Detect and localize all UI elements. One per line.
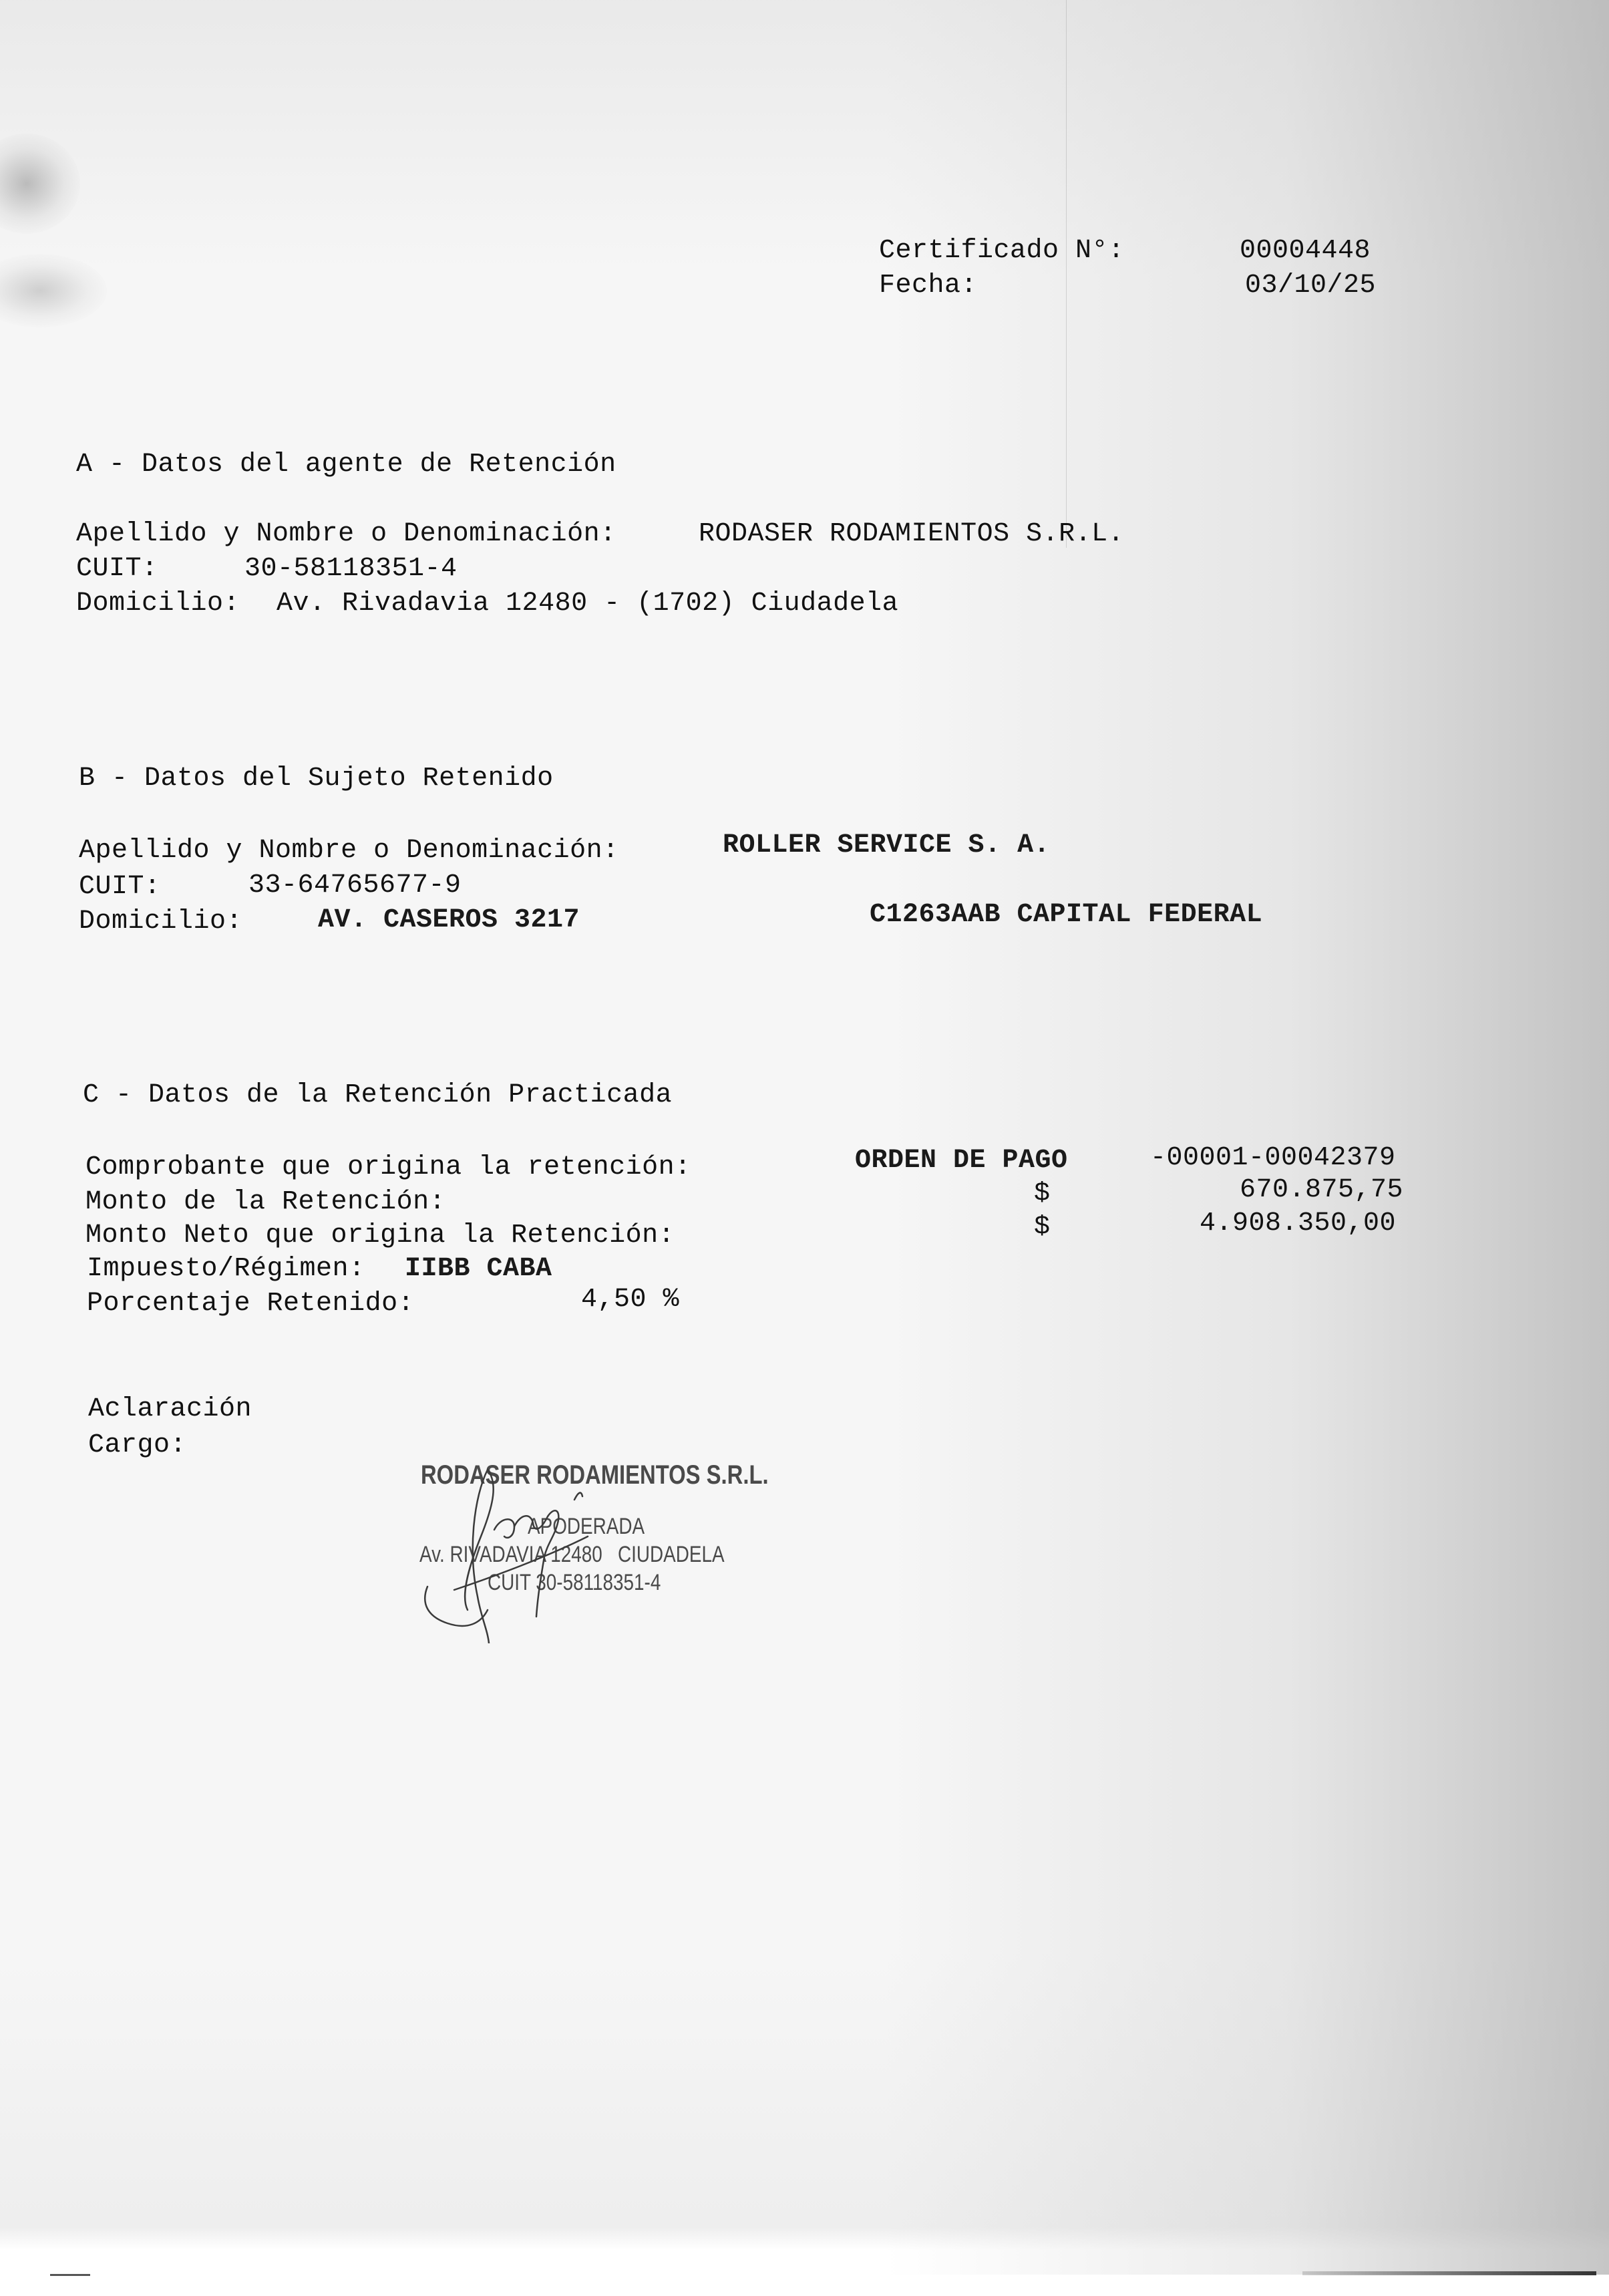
porcentaje-label: Porcentaje Retenido: [87, 1288, 414, 1320]
fold-line [1066, 0, 1067, 548]
scan-edge-mark [50, 2274, 90, 2276]
section-c-title: C - Datos de la Retención Practicada [83, 1080, 672, 1112]
agente-nombre-value: RODASER RODAMIENTOS S.R.L. [699, 518, 1124, 550]
impuesto-label: Impuesto/Régimen: [87, 1253, 365, 1285]
fecha-value: 03/10/25 [1245, 270, 1376, 302]
sujeto-localidad-value: C1263AAB CAPITAL FEDERAL [870, 899, 1262, 931]
certificado-label: Certificado N°: [879, 235, 1125, 267]
scanned-page: Certificado N°: 00004448 Fecha: 03/10/25… [0, 0, 1609, 2296]
agente-cuit-value: 30-58118351-4 [244, 553, 458, 585]
sujeto-cuit-value: 33-64765677-9 [248, 870, 462, 902]
certificado-number: 00004448 [1240, 235, 1371, 267]
section-a-title: A - Datos del agente de Retención [76, 449, 616, 481]
fecha-label: Fecha: [879, 270, 977, 302]
agente-domicilio-label: Domicilio: [76, 588, 240, 620]
currency-symbol: $ [1034, 1212, 1051, 1244]
section-b-title: B - Datos del Sujeto Retenido [79, 763, 554, 795]
monto-retencion-label: Monto de la Retención: [85, 1186, 445, 1218]
agente-nombre-label: Apellido y Nombre o Denominación: [76, 518, 616, 550]
sujeto-domicilio-value: AV. CASEROS 3217 [318, 905, 580, 937]
porcentaje-value: 4,50 % [581, 1284, 679, 1316]
currency-symbol: $ [1034, 1178, 1051, 1210]
impuesto-value: IIBB CABA [405, 1253, 552, 1285]
comprobante-numero: -00001-00042379 [1150, 1142, 1396, 1174]
aclaracion-label: Aclaración [88, 1393, 252, 1426]
sujeto-cuit-label: CUIT: [79, 871, 161, 903]
sujeto-nombre-label: Apellido y Nombre o Denominación: [79, 835, 619, 867]
page-bottom-edge [0, 2275, 1609, 2296]
cargo-label: Cargo: [88, 1430, 186, 1462]
monto-retencion-value: 670.875,75 [1240, 1174, 1403, 1206]
scan-edge-line [1302, 2271, 1596, 2275]
agente-domicilio-value: Av. Rivadavia 12480 - (1702) Ciudadela [277, 588, 898, 620]
sujeto-domicilio-label: Domicilio: [79, 906, 242, 938]
comprobante-tipo: ORDEN DE PAGO [855, 1145, 1068, 1177]
monto-neto-label: Monto Neto que origina la Retención: [85, 1220, 675, 1252]
sujeto-nombre-value: ROLLER SERVICE S. A. [723, 830, 1050, 862]
scan-smudge [0, 254, 107, 327]
monto-neto-value: 4.908.350,00 [1200, 1208, 1396, 1240]
handwritten-signature [414, 1443, 628, 1643]
agente-cuit-label: CUIT: [76, 553, 158, 585]
comprobante-label: Comprobante que origina la retención: [85, 1152, 691, 1184]
scan-smudge [0, 134, 80, 234]
